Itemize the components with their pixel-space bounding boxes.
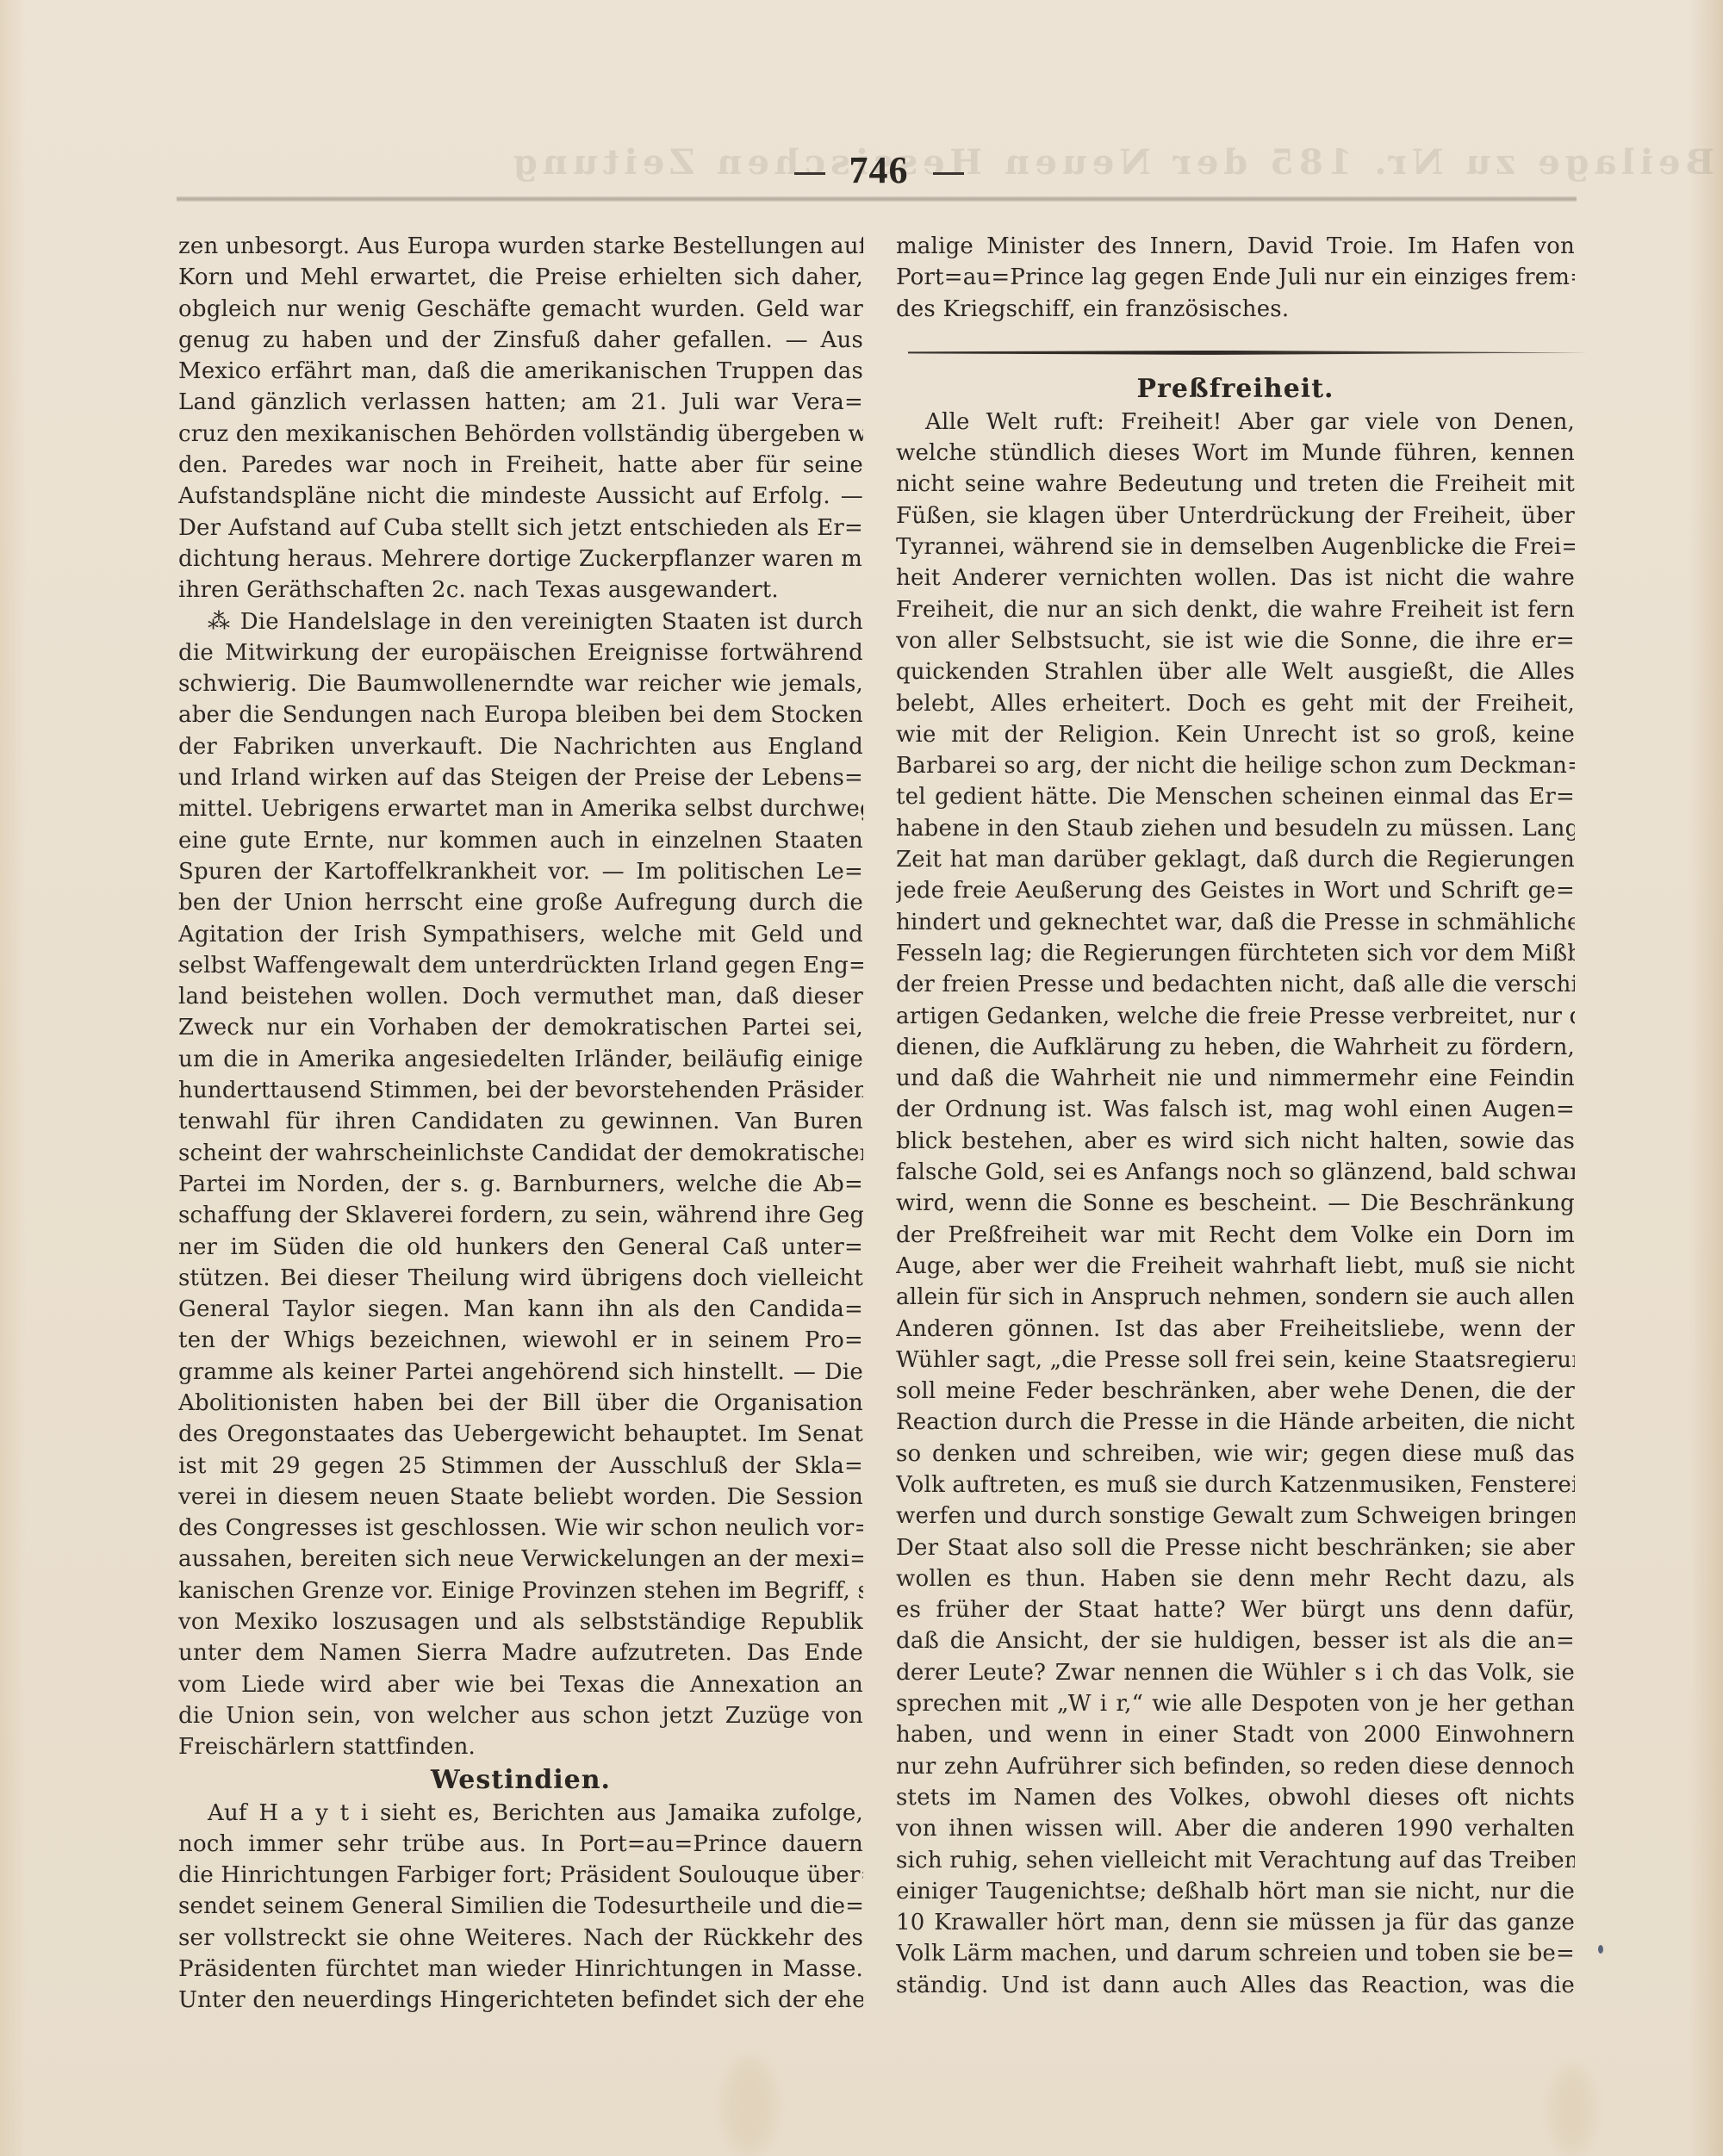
text-line: ner im Süden die old hunkers den General… bbox=[178, 1232, 863, 1263]
text-line: soll meine Feder beschränken, aber wehe … bbox=[896, 1376, 1575, 1407]
text-line: Auge, aber wer die Freiheit wahrhaft lie… bbox=[896, 1251, 1575, 1282]
article-pressfreiheit: Alle Welt ruft: Freiheit! Aber gar viele… bbox=[896, 407, 1575, 2001]
right-column: malige Minister des Innern, David Troie.… bbox=[896, 231, 1575, 2001]
text-line: mittel. Uebrigens erwartet man in Amerik… bbox=[178, 793, 863, 824]
text-line: die Mitwirkung der europäischen Ereignis… bbox=[178, 637, 863, 668]
text-line: schaffung der Sklaverei fordern, zu sein… bbox=[178, 1200, 863, 1231]
text-line: wie mit der Religion. Kein Unrecht ist s… bbox=[896, 719, 1575, 750]
text-line: Mexico erfährt man, daß die amerikanisch… bbox=[178, 356, 863, 387]
text-line: Wühler sagt, „die Presse soll frei sein,… bbox=[896, 1345, 1575, 1376]
text-line: Volk Lärm machen, und darum schreien und… bbox=[896, 1938, 1575, 1969]
text-line: ten der Whigs bezeichnen, wiewohl er in … bbox=[178, 1325, 863, 1356]
section-heading-pressfreiheit: Preßfreiheit. bbox=[896, 372, 1575, 407]
text-line: Spuren der Kartoffelkrankheit vor. — Im … bbox=[178, 856, 863, 887]
text-line: habene in den Staub ziehen und besudeln … bbox=[896, 813, 1575, 844]
text-line: ser vollstreckt sie ohne Weiteres. Nach … bbox=[178, 1923, 863, 1954]
text-line: und daß die Wahrheit nie und nimmermehr … bbox=[896, 1063, 1575, 1094]
text-line: Füßen, sie klagen über Unterdrückung der… bbox=[896, 500, 1575, 531]
text-line: Fesseln lag; die Regierungen fürchteten … bbox=[896, 938, 1575, 969]
text-line: Alle Welt ruft: Freiheit! Aber gar viele… bbox=[896, 407, 1575, 438]
section-divider-rule bbox=[908, 351, 1589, 355]
text-line: Partei im Norden, der s. g. Barnburners,… bbox=[178, 1169, 863, 1200]
text-line: Abolitionisten haben bei der Bill über d… bbox=[178, 1388, 863, 1419]
text-line: der Fabriken unverkauft. Die Nachrichten… bbox=[178, 731, 863, 762]
text-line: vom Liede wird aber wie bei Texas die An… bbox=[178, 1669, 863, 1700]
text-line: land beistehen wollen. Doch vermuthet ma… bbox=[178, 981, 863, 1012]
text-line: und Irland wirken auf das Steigen der Pr… bbox=[178, 762, 863, 793]
text-line: von ihnen wissen will. Aber die anderen … bbox=[896, 1813, 1575, 1844]
text-line: sendet seinem General Similien die Todes… bbox=[178, 1891, 863, 1922]
text-line: schwierig. Die Baumwollenerndte war reic… bbox=[178, 668, 863, 699]
text-line: Volk auftreten, es muß sie durch Katzenm… bbox=[896, 1469, 1575, 1501]
text-line: Tyrannei, während sie in demselben Augen… bbox=[896, 531, 1575, 562]
text-line: einiger Taugenichtse; deßhalb hört man s… bbox=[896, 1876, 1575, 1907]
text-line: obgleich nur wenig Geschäfte gemacht wur… bbox=[178, 294, 863, 325]
text-line: verei in diesem neuen Staate beliebt wor… bbox=[178, 1482, 863, 1513]
paragraph-united-states: ⁂ Die Handelslage in den vereinigten Sta… bbox=[178, 606, 863, 1763]
text-line: Freischärlern stattfinden. bbox=[178, 1731, 863, 1762]
text-line: allein für sich in Anspruch nehmen, sond… bbox=[896, 1282, 1575, 1313]
page-number-dash-right bbox=[933, 172, 964, 175]
text-line: haben, und wenn in einer Stadt von 2000 … bbox=[896, 1719, 1575, 1750]
text-line: Zeit hat man darüber geklagt, daß durch … bbox=[896, 844, 1575, 875]
text-line: um die in Amerika angesiedelten Irländer… bbox=[178, 1044, 863, 1075]
text-line: hunderttausend Stimmen, bei der bevorste… bbox=[178, 1075, 863, 1106]
text-line: eine gute Ernte, nur kommen auch in einz… bbox=[178, 825, 863, 856]
text-line: aussahen, bereiten sich neue Verwickelun… bbox=[178, 1544, 863, 1575]
text-line: jede freie Aeußerung des Geistes in Wort… bbox=[896, 875, 1575, 906]
paragraph-hayti-continued: malige Minister des Innern, David Troie.… bbox=[896, 231, 1575, 325]
text-line: wird, wenn die Sonne es bescheint. — Die… bbox=[896, 1188, 1575, 1219]
text-line: es früher der Staat hatte? Wer bürgt uns… bbox=[896, 1594, 1575, 1625]
text-line: von Mexiko loszusagen und als selbststän… bbox=[178, 1606, 863, 1637]
text-line: der Ordnung ist. Was falsch ist, mag woh… bbox=[896, 1094, 1575, 1125]
text-line: selbst Waffengewalt dem unterdrückten Ir… bbox=[178, 950, 863, 981]
text-line: dichtung heraus. Mehrere dortige Zuckerp… bbox=[178, 544, 863, 575]
text-line: Präsidenten fürchtet man wieder Hinricht… bbox=[178, 1954, 863, 1985]
text-line: sprechen mit „W i r,“ wie alle Despoten … bbox=[896, 1688, 1575, 1719]
text-line: unter dem Namen Sierra Madre aufzutreten… bbox=[178, 1637, 863, 1668]
text-line: ⁂ Die Handelslage in den vereinigten Sta… bbox=[178, 606, 863, 637]
text-line: dienen, die Aufklärung zu heben, die Wah… bbox=[896, 1032, 1575, 1063]
text-line: 10 Krawaller hört man, denn sie müssen j… bbox=[896, 1907, 1575, 1938]
text-line: Land gänzlich verlassen hatten; am 21. J… bbox=[178, 387, 863, 418]
text-line: die Hinrichtungen Farbiger fort; Präside… bbox=[178, 1860, 863, 1891]
text-line: Der Staat also soll die Presse nicht bes… bbox=[896, 1532, 1575, 1563]
text-line: ben der Union herrscht eine große Aufreg… bbox=[178, 887, 863, 918]
text-line: Zweck nur ein Vorhaben der demokratische… bbox=[178, 1012, 863, 1043]
text-line: gramme als keiner Partei angehörend sich… bbox=[178, 1357, 863, 1388]
text-line: so denken und schreiben, wie wir; gegen … bbox=[896, 1438, 1575, 1469]
paper-stain bbox=[1551, 2067, 1594, 2153]
text-line: stützen. Bei dieser Theilung wird übrige… bbox=[178, 1263, 863, 1294]
text-line: die Union sein, von welcher aus schon je… bbox=[178, 1700, 863, 1731]
text-line: der freien Presse und bedachten nicht, d… bbox=[896, 969, 1575, 1000]
text-line: Agitation der Irish Sympathisers, welche… bbox=[178, 919, 863, 950]
paragraph-mexico-cuba: zen unbesorgt. Aus Europa wurden starke … bbox=[178, 231, 863, 606]
text-line: falsche Gold, sei es Anfangs noch so glä… bbox=[896, 1157, 1575, 1188]
ink-speck bbox=[1598, 1945, 1603, 1954]
text-line: von aller Selbstsucht, sie ist wie die S… bbox=[896, 625, 1575, 656]
text-line: sich ruhig, sehen vielleicht mit Veracht… bbox=[896, 1845, 1575, 1876]
text-line: General Taylor siegen. Man kann ihn als … bbox=[178, 1294, 863, 1325]
text-line: cruz den mexikanischen Behörden vollstän… bbox=[178, 419, 863, 450]
text-line: noch immer sehr trübe aus. In Port=au=Pr… bbox=[178, 1829, 863, 1860]
text-line: blick bestehen, aber es wird sich nicht … bbox=[896, 1126, 1575, 1157]
text-line: ständig. Und ist dann auch Alles das Rea… bbox=[896, 1970, 1575, 2001]
page-number: 746 bbox=[0, 148, 1723, 192]
text-line: stets im Namen des Volkes, obwohl dieses… bbox=[896, 1782, 1575, 1813]
text-line: Korn und Mehl erwartet, die Preise erhie… bbox=[178, 262, 863, 293]
text-line: des Kriegschiff, ein französisches. bbox=[896, 294, 1575, 325]
text-line: Unter den neuerdings Hingerichteten befi… bbox=[178, 1985, 863, 2016]
text-line: belebt, Alles erheitert. Doch es geht mi… bbox=[896, 688, 1575, 719]
text-line: derer Leute? Zwar nennen die Wühler s i … bbox=[896, 1657, 1575, 1688]
text-line: der Preßfreiheit war mit Recht dem Volke… bbox=[896, 1220, 1575, 1251]
text-line: Anderen gönnen. Ist das aber Freiheitsli… bbox=[896, 1314, 1575, 1345]
newspaper-page: Beilage zu Nr. 185 der Neuen Hessischen … bbox=[0, 0, 1723, 2156]
text-line: ihren Geräthschaften 2c. nach Texas ausg… bbox=[178, 575, 863, 606]
text-line: nicht seine wahre Bedeutung und treten d… bbox=[896, 469, 1575, 500]
text-line: malige Minister des Innern, David Troie.… bbox=[896, 231, 1575, 262]
text-line: Auf H a y t i sieht es, Berichten aus Ja… bbox=[178, 1798, 863, 1829]
text-line: welche stündlich dieses Wort im Munde fü… bbox=[896, 438, 1575, 469]
text-line: quickenden Strahlen über alle Welt ausgi… bbox=[896, 656, 1575, 687]
paper-stain bbox=[724, 2059, 775, 2153]
text-line: werfen und durch sonstige Gewalt zum Sch… bbox=[896, 1501, 1575, 1532]
text-line: nur zehn Aufrührer sich befinden, so red… bbox=[896, 1751, 1575, 1782]
text-line: hindert und geknechtet war, daß die Pres… bbox=[896, 907, 1575, 938]
text-line: des Congresses ist geschlossen. Wie wir … bbox=[178, 1513, 863, 1544]
text-line: daß die Ansicht, der sie huldigen, besse… bbox=[896, 1625, 1575, 1656]
header-rule bbox=[177, 196, 1577, 202]
text-line: tenwahl für ihren Candidaten zu gewinnen… bbox=[178, 1106, 863, 1137]
text-line: Reaction durch die Presse in die Hände a… bbox=[896, 1407, 1575, 1438]
page-number-dash-left bbox=[794, 172, 825, 175]
section-heading-westindien: Westindien. bbox=[178, 1763, 863, 1798]
text-line: zen unbesorgt. Aus Europa wurden starke … bbox=[178, 231, 863, 262]
paragraph-hayti: Auf H a y t i sieht es, Berichten aus Ja… bbox=[178, 1798, 863, 2016]
left-column: zen unbesorgt. Aus Europa wurden starke … bbox=[178, 231, 863, 2016]
text-line: Der Aufstand auf Cuba stellt sich jetzt … bbox=[178, 513, 863, 544]
text-line: kanischen Grenze vor. Einige Provinzen s… bbox=[178, 1575, 863, 1606]
text-line: tel gedient hätte. Die Menschen scheinen… bbox=[896, 781, 1575, 812]
text-line: heit Anderer vernichten wollen. Das ist … bbox=[896, 562, 1575, 593]
text-line: Port=au=Prince lag gegen Ende Juli nur e… bbox=[896, 262, 1575, 293]
text-line: ist mit 29 gegen 25 Stimmen der Ausschlu… bbox=[178, 1451, 863, 1482]
text-line: des Oregonstaates das Uebergewicht behau… bbox=[178, 1419, 863, 1450]
text-line: genug zu haben und der Zinsfuß daher gef… bbox=[178, 325, 863, 356]
text-line: wollen es thun. Haben sie denn mehr Rech… bbox=[896, 1563, 1575, 1594]
text-line: artigen Gedanken, welche die freie Press… bbox=[896, 1001, 1575, 1032]
text-line: Barbarei so arg, der nicht die heilige s… bbox=[896, 750, 1575, 781]
text-line: Freiheit, die nur an sich denkt, die wah… bbox=[896, 594, 1575, 625]
text-line: aber die Sendungen nach Europa bleiben b… bbox=[178, 699, 863, 730]
page-number-value: 746 bbox=[849, 149, 909, 191]
text-line: scheint der wahrscheinlichste Candidat d… bbox=[178, 1138, 863, 1169]
text-line: Aufstandspläne nicht die mindeste Aussic… bbox=[178, 481, 863, 512]
text-line: den. Paredes war noch in Freiheit, hatte… bbox=[178, 450, 863, 481]
